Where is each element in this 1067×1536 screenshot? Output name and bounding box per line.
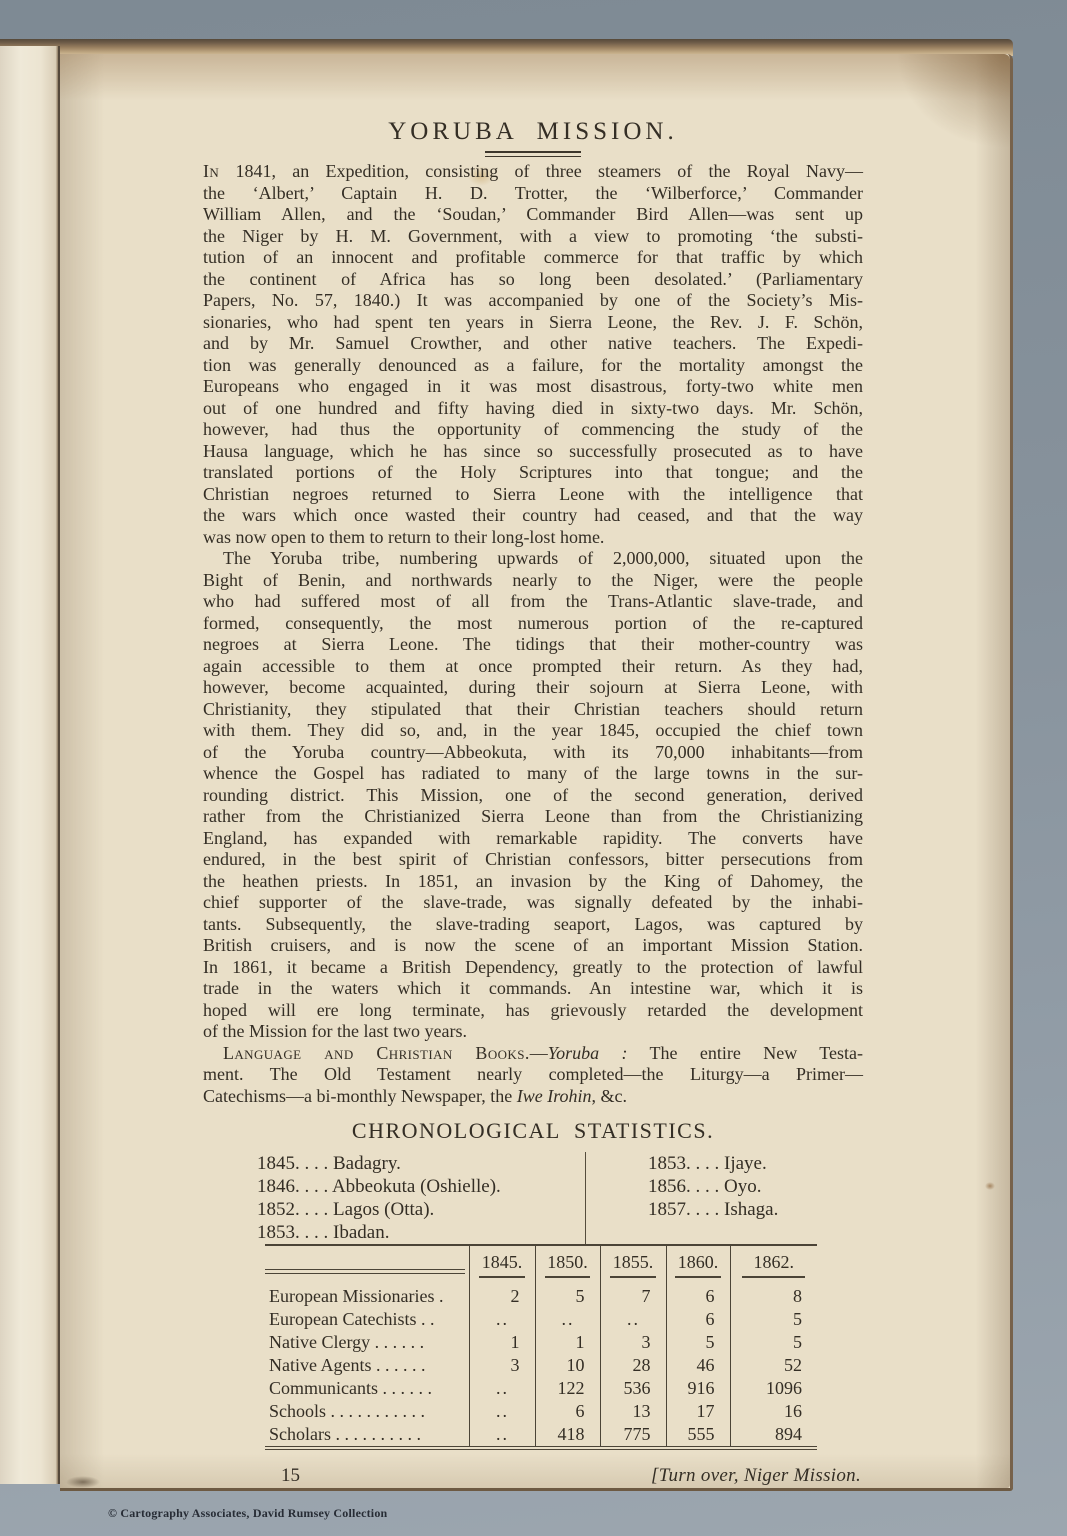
table-cell: 8 (730, 1285, 817, 1308)
paragraph-1-line: Hausa language, which he has since so su… (203, 441, 863, 463)
table-header: 1845.1850.1855.1860.1862. (265, 1245, 817, 1285)
paragraph-1-line: the continent of Africa has so long been… (203, 269, 863, 291)
table-cell: 3 (600, 1331, 666, 1354)
paragraph-1-line: and by Mr. Samuel Crowther, and other na… (203, 333, 863, 355)
page-title: YORUBA MISSION. (203, 119, 863, 145)
paragraph-2-line: negroes at Sierra Leone. The tidings tha… (203, 634, 863, 656)
table-cell: 2 (469, 1285, 535, 1308)
paragraph-3-line: Language and Christian Books.—Yoruba : T… (203, 1043, 863, 1065)
paragraph-1-line: sionaries, who had spent ten years in Si… (203, 312, 863, 334)
paragraph-2-line: trade in the waters which it commands. A… (203, 978, 863, 1000)
paragraph-2-line: of the Yoruba country—Abbeokuta, with it… (203, 742, 863, 764)
statistics-table-grid: 1845.1850.1855.1860.1862. European Missi… (265, 1244, 817, 1450)
paragraph-2-line: the heathen priests. In 1851, an invasio… (203, 871, 863, 893)
table-cell: .. (469, 1423, 535, 1448)
paragraph-3-line: Catechisms—a bi-monthly Newspaper, the I… (203, 1086, 863, 1108)
table-cell: 122 (535, 1377, 600, 1400)
table-column-header: 1860. (666, 1245, 730, 1285)
page-number: 15 (281, 1465, 300, 1487)
table-cell: .. (469, 1308, 535, 1331)
table-cell: .. (469, 1400, 535, 1423)
table-row-label: Schools . . . . . . . . . . . (265, 1400, 469, 1423)
table-column-header: 1862. (730, 1245, 817, 1285)
paragraph-1-line: Papers, No. 57, 1840.) It was accompanie… (203, 290, 863, 312)
paragraph-1-line: translated portions of the Holy Scriptur… (203, 462, 863, 484)
paragraph-2-line: formed, consequently, the most numerous … (203, 613, 863, 635)
statistics-table: 1845.1850.1855.1860.1862. European Missi… (265, 1244, 817, 1450)
table-cell: 536 (600, 1377, 666, 1400)
paragraph-2-line: whence the Gospel has radiated to many o… (203, 763, 863, 785)
table-cell: 418 (535, 1423, 600, 1448)
table-cell: 17 (666, 1400, 730, 1423)
table-cell: 5 (730, 1308, 817, 1331)
table-cell: 10 (535, 1354, 600, 1377)
paragraph-2-line: British cruisers, and is now the scene o… (203, 935, 863, 957)
paragraphs: In 1841, an Expedition, consisting of th… (203, 161, 863, 1107)
chronology-item: 1846. . . . Abbeokuta (Oshielle). (257, 1175, 585, 1198)
turn-over-note: [Turn over, Niger Mission. (651, 1465, 861, 1487)
table-column-header: 1845. (469, 1245, 535, 1285)
chronology-item: 1857. . . . Ishaga. (648, 1198, 863, 1221)
table-cell: 28 (600, 1354, 666, 1377)
paragraph-1-line: the ‘Albert,’ Captain H. D. Trotter, the… (203, 183, 863, 205)
table-cell: 775 (600, 1423, 666, 1448)
page-stain (985, 1182, 995, 1190)
paragraph-2-line: with them. They did so, and, in the year… (203, 720, 863, 742)
table-cell: 52 (730, 1354, 817, 1377)
table-cell: 6 (535, 1400, 600, 1423)
paragraph-1-line: Christian negroes returned to Sierra Leo… (203, 484, 863, 506)
paragraph-2-line: Bight of Benin, and northwards nearly to… (203, 570, 863, 592)
chronology-right: 1853. . . . Ijaye.1856. . . . Oyo.1857. … (586, 1152, 863, 1244)
paragraph-2-line: of the Mission for the last two years. (203, 1021, 863, 1043)
paragraph-1-line: tution of an innocent and profitable com… (203, 247, 863, 269)
paragraph-3-line: ment. The Old Testament nearly completed… (203, 1064, 863, 1086)
table-cell: 1 (535, 1331, 600, 1354)
copyright-line: © Cartography Associates, David Rumsey C… (108, 1506, 387, 1521)
table-row: Native Clergy . . . . . .11355 (265, 1331, 817, 1354)
table-cell: 1096 (730, 1377, 817, 1400)
facing-page-edge (0, 46, 60, 1484)
table-row: European Catechists . .......65 (265, 1308, 817, 1331)
table-row-label: European Missionaries . (265, 1285, 469, 1308)
table-cell: 6 (666, 1285, 730, 1308)
paragraph-2-line: Christianity, they stipulated that their… (203, 699, 863, 721)
paragraph-2-line: chief supporter of the slave-trade, was … (203, 892, 863, 914)
chronology-left: 1845. . . . Badagry.1846. . . . Abbeokut… (203, 1152, 586, 1244)
paragraph-1-line: In 1841, an Expedition, consisting of th… (203, 161, 863, 183)
table-column-header: 1850. (535, 1245, 600, 1285)
table-cell: 916 (666, 1377, 730, 1400)
table-row-label: European Catechists . . (265, 1308, 469, 1331)
paragraph-1-line: Europeans who engaged in it was most dis… (203, 376, 863, 398)
table-cell: 6 (666, 1308, 730, 1331)
table-row-label: Native Agents . . . . . . (265, 1354, 469, 1377)
paragraph-2-line: rather from the Christianized Sierra Leo… (203, 806, 863, 828)
table-cell: 555 (666, 1423, 730, 1448)
paragraph-1-line: however, had thus the opportunity of com… (203, 419, 863, 441)
page-content: YORUBA MISSION. In 1841, an Expedition, … (203, 109, 863, 1487)
paragraph-1-line: the wars which once wasted their country… (203, 505, 863, 527)
table-body: European Missionaries .25768European Cat… (265, 1285, 817, 1448)
paragraph-2-line: again accessible to them at once prompte… (203, 656, 863, 678)
table-cell: 16 (730, 1400, 817, 1423)
table-cell: 1 (469, 1331, 535, 1354)
paragraph-2-line: The Yoruba tribe, numbering upwards of 2… (203, 548, 863, 570)
table-row-label: Native Clergy . . . . . . (265, 1331, 469, 1354)
paragraph-2-line: hoped will ere long terminate, has griev… (203, 1000, 863, 1022)
chronology-item: 1845. . . . Badagry. (257, 1152, 585, 1175)
table-row: Native Agents . . . . . .310284652 (265, 1354, 817, 1377)
title-rule (485, 151, 581, 157)
chronology-item: 1856. . . . Oyo. (648, 1175, 863, 1198)
table-row: Communicants . . . . . ...1225369161096 (265, 1377, 817, 1400)
paragraph-2-line: however, become acquainted, during their… (203, 677, 863, 699)
table-cell: 894 (730, 1423, 817, 1448)
paragraph-2-line: who had suffered most of all from the Tr… (203, 591, 863, 613)
statistics-heading: CHRONOLOGICAL STATISTICS. (203, 1119, 863, 1143)
scan-background: YORUBA MISSION. In 1841, an Expedition, … (0, 0, 1067, 1536)
table-cell: 7 (600, 1285, 666, 1308)
paragraph-1-line: was now open to them to return to their … (203, 527, 863, 549)
table-cell: 5 (730, 1331, 817, 1354)
paragraph-1-line: out of one hundred and fifty having died… (203, 398, 863, 420)
table-cell: .. (469, 1377, 535, 1400)
table-cell: 46 (666, 1354, 730, 1377)
table-cell: 13 (600, 1400, 666, 1423)
page-footer: 15 [Turn over, Niger Mission. (203, 1465, 863, 1487)
paragraph-1-line: tion was generally denounced as a failur… (203, 355, 863, 377)
paragraph-2-line: rounding district. This Mission, one of … (203, 785, 863, 807)
paragraph-2-line: England, has expanded with remarkable ra… (203, 828, 863, 850)
table-cell: 5 (535, 1285, 600, 1308)
table-row-label: Scholars . . . . . . . . . . (265, 1423, 469, 1448)
paragraph-2-line: tants. Subsequently, the slave-trading s… (203, 914, 863, 936)
book-page: YORUBA MISSION. In 1841, an Expedition, … (60, 54, 1013, 1491)
table-cell: 3 (469, 1354, 535, 1377)
chronology: 1845. . . . Badagry.1846. . . . Abbeokut… (203, 1152, 863, 1244)
paragraph-1-line: William Allen, and the ‘Soudan,’ Command… (203, 204, 863, 226)
chronology-item: 1853. . . . Ijaye. (648, 1152, 863, 1175)
page-stain (66, 1476, 100, 1488)
table-corner-cell (265, 1245, 469, 1285)
table-row-label: Communicants . . . . . . (265, 1377, 469, 1400)
table-cell: 5 (666, 1331, 730, 1354)
paragraph-1-line: the Niger by H. M. Government, with a vi… (203, 226, 863, 248)
table-cell: .. (600, 1308, 666, 1331)
table-column-header: 1855. (600, 1245, 666, 1285)
paragraph-2-line: endured, in the best spirit of Christian… (203, 849, 863, 871)
table-row: European Missionaries .25768 (265, 1285, 817, 1308)
table-row: Schools . . . . . . . . . . ...6131716 (265, 1400, 817, 1423)
paragraph-2-line: In 1861, it became a British Dependency,… (203, 957, 863, 979)
table-cell: .. (535, 1308, 600, 1331)
table-row: Scholars . . . . . . . . . ...4187755558… (265, 1423, 817, 1448)
chronology-item: 1852. . . . Lagos (Otta). (257, 1198, 585, 1221)
chronology-item: 1853. . . . Ibadan. (257, 1221, 585, 1244)
